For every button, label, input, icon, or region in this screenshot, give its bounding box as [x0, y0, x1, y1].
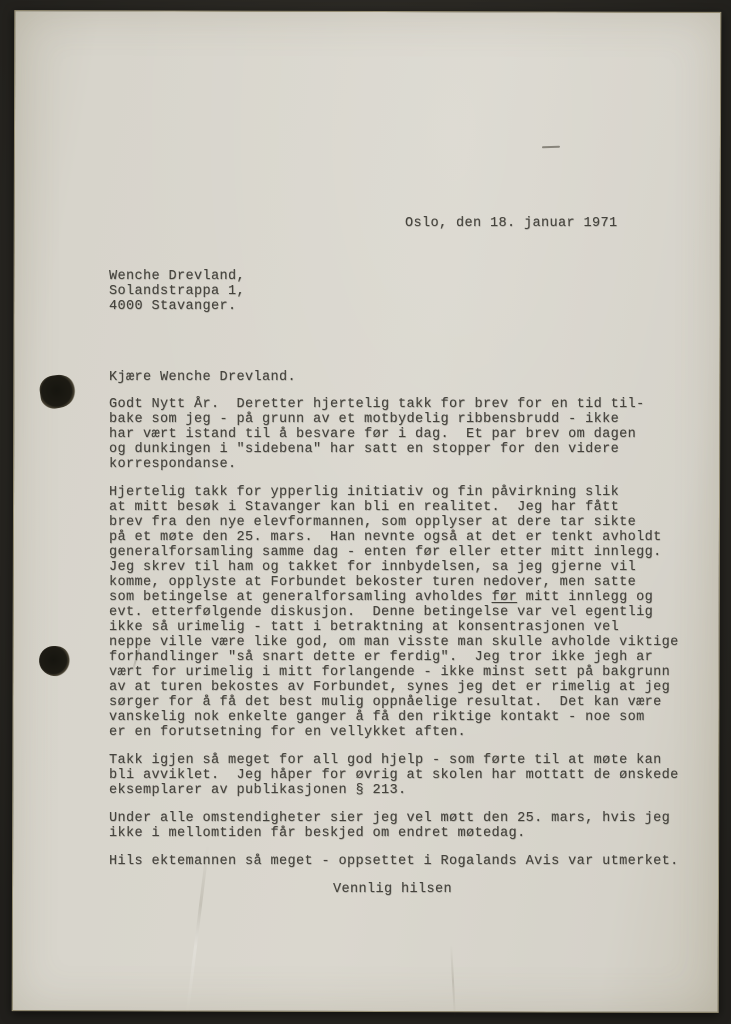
salutation: Kjære Wenche Drevland. [109, 370, 692, 385]
closing-salutation: Vennlig hilsen [333, 882, 692, 897]
letter-content: Oslo, den 18. januar 1971 Wenche Drevlan… [13, 11, 718, 1010]
dateline: Oslo, den 18. januar 1971 [405, 216, 692, 231]
paragraph-3: Takk igjen så meget for all god hjelp - … [109, 753, 692, 798]
paragraph-1: Godt Nytt År. Deretter hjertelig takk fo… [109, 397, 692, 472]
paragraph-2: Hjertelig takk for ypperlig initiativ og… [109, 485, 692, 740]
scanned-letter-page: { "letter": { "dateline": "Oslo, den 18.… [0, 0, 731, 1024]
paragraph-4: Under alle omstendigheter sier jeg vel m… [109, 811, 692, 841]
paragraph-5: Hils ektemannen så meget - oppsettet i R… [109, 854, 692, 869]
recipient-address: Wenche Drevland, Solandstrappa 1, 4000 S… [109, 269, 692, 314]
